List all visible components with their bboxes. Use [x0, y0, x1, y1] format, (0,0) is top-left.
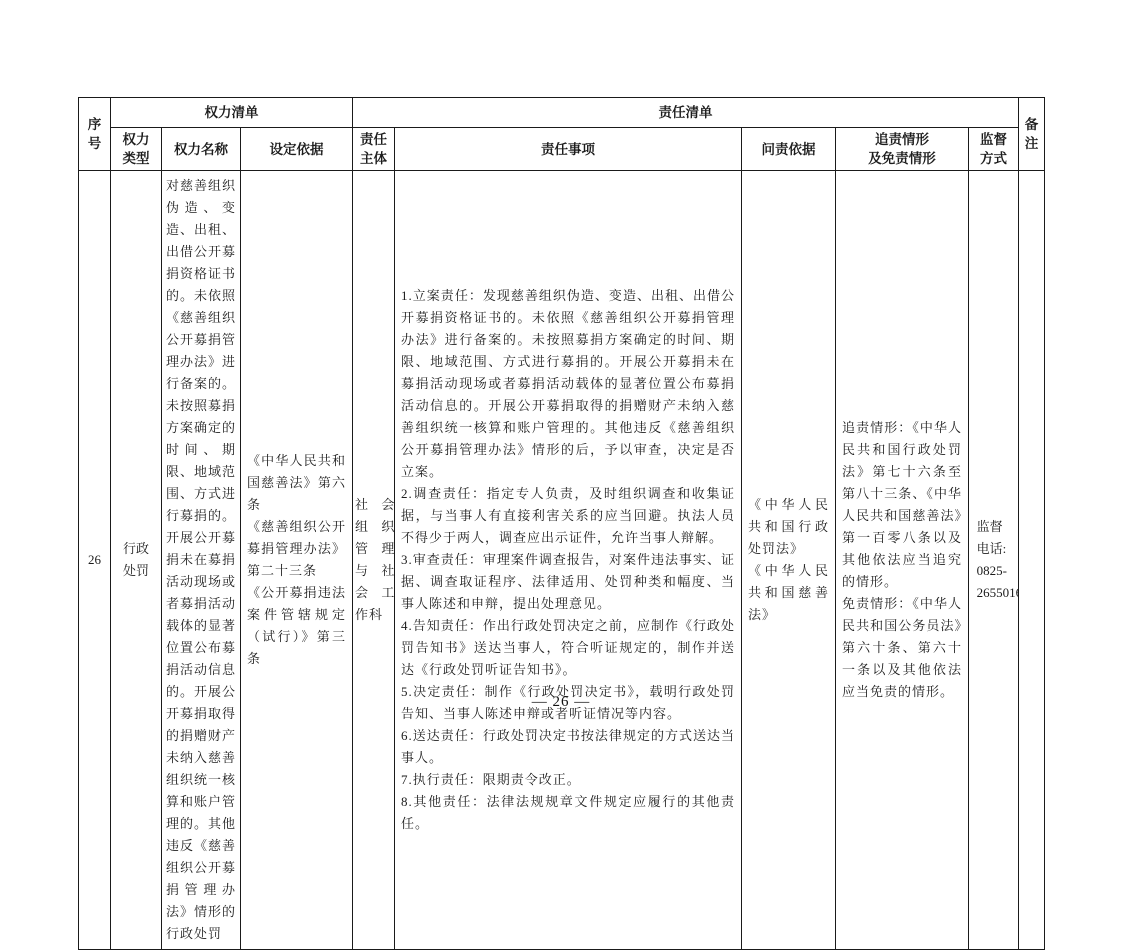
- power-type-value: 行政处罚: [122, 538, 149, 582]
- supervision-phone-number: 0825-: [977, 560, 1011, 582]
- cell-power-type: 行政处罚: [111, 171, 162, 950]
- responsibility-item: 2.调查责任：指定专人负责，及时组织调查和收集证据，与当事人有直接利害关系的应当…: [401, 483, 735, 549]
- responsibility-item: 6.送达责任：行政处罚决定书按法律规定的方式送达当事人。: [401, 725, 735, 769]
- header-power-list: 权力清单: [111, 98, 353, 128]
- header-pursuit-exemption: 追责情形 及免责情形: [836, 128, 969, 171]
- pursuit-situation-text: 追责情形：《中华人民共和国行政处罚法》第七十六条至第八十三条、《中华人民共和国慈…: [842, 417, 962, 593]
- cell-supervision-method: 监督电话: 0825- 2655016: [969, 171, 1019, 950]
- responsibility-item: 4.告知责任：作出行政处罚决定之前，应制作《行政处罚告知书》送达当事人，符合听证…: [401, 615, 735, 681]
- header-setting-basis-label: 设定依据: [270, 142, 324, 157]
- header-accountability-basis-label: 问责依据: [762, 142, 816, 157]
- cell-responsibility-matters: 1.立案责任：发现慈善组织伪造、变造、出租、出借公开募捐资格证书的。未依照《慈善…: [395, 171, 742, 950]
- header-responsible-entity-label: 责任主体: [359, 130, 387, 168]
- header-responsible-entity: 责任主体: [353, 128, 395, 171]
- setting-basis-item: 《公开募捐违法案件管辖规定（试行）》第三条: [247, 582, 346, 670]
- header-serial-label: 序号: [87, 115, 102, 153]
- header-pursuit-line2: 及免责情形: [838, 149, 966, 168]
- cell-setting-basis: 《中华人民共和国慈善法》第六条 《慈善组织公开募捐管理办法》第二十三条 《公开募…: [241, 171, 353, 950]
- power-name-text: 对慈善组织伪造、变造、出租、出借公开募捐资格证书的。未依照《慈善组织公开募捐管理…: [166, 175, 236, 945]
- header-serial: 序号: [79, 98, 111, 171]
- cell-power-name: 对慈善组织伪造、变造、出租、出借公开募捐资格证书的。未依照《慈善组织公开募捐管理…: [162, 171, 241, 950]
- header-row-2: 权力类型 权力名称 设定依据 责任主体 责任事项 问责依据 追责情形 及免责情形…: [79, 128, 1045, 171]
- header-accountability-basis: 问责依据: [742, 128, 836, 171]
- header-supervision-method: 监督方式: [969, 128, 1019, 171]
- header-responsibility-matters-label: 责任事项: [541, 142, 595, 157]
- header-responsibility-list-label: 责任清单: [659, 105, 713, 120]
- header-remarks: 备注: [1019, 98, 1045, 171]
- responsibility-item: 3.审查责任：审理案件调查报告，对案件违法事实、证据、调查取证程序、法律适用、处…: [401, 549, 735, 615]
- header-setting-basis: 设定依据: [241, 128, 353, 171]
- accountability-basis-item: 《中华人民共和国行政处罚法》: [748, 494, 829, 560]
- responsible-entity-value: 社会组织管理与社会工作科: [355, 494, 395, 626]
- header-pursuit-line1: 追责情形: [838, 130, 966, 149]
- page-number: — 26 —: [0, 694, 1122, 711]
- responsibility-item: 1.立案责任：发现慈善组织伪造、变造、出租、出借公开募捐资格证书的。未依照《慈善…: [401, 285, 735, 483]
- header-remarks-label: 备注: [1024, 115, 1039, 153]
- responsibility-item: 7.执行责任：限期责令改正。: [401, 769, 735, 791]
- supervision-phone-label: 监督电话:: [977, 516, 1011, 560]
- setting-basis-item: 《慈善组织公开募捐管理办法》第二十三条: [247, 516, 346, 582]
- supervision-phone-number: 2655016: [977, 582, 1011, 604]
- header-responsibility-matters: 责任事项: [395, 128, 742, 171]
- cell-remarks: [1019, 171, 1045, 950]
- setting-basis-item: 《中华人民共和国慈善法》第六条: [247, 450, 346, 516]
- cell-accountability-basis: 《中华人民共和国行政处罚法》 《中华人民共和国慈善法》: [742, 171, 836, 950]
- header-power-type-label: 权力类型: [122, 130, 150, 168]
- header-power-type: 权力类型: [111, 128, 162, 171]
- header-power-name-label: 权力名称: [174, 142, 228, 157]
- cell-pursuit-exemption: 追责情形：《中华人民共和国行政处罚法》第七十六条至第八十三条、《中华人民共和国慈…: [836, 171, 969, 950]
- table-row: 26 行政处罚 对慈善组织伪造、变造、出租、出借公开募捐资格证书的。未依照《慈善…: [79, 171, 1045, 950]
- exemption-situation-text: 免责情形：《中华人民共和国公务员法》第六十条、第六十一条以及其他依法应当免责的情…: [842, 593, 962, 703]
- cell-responsible-entity: 社会组织管理与社会工作科: [353, 171, 395, 950]
- header-row-1: 序号 权力清单 责任清单 备注: [79, 98, 1045, 128]
- accountability-basis-item: 《中华人民共和国慈善法》: [748, 560, 829, 626]
- header-power-list-label: 权力清单: [205, 105, 259, 120]
- serial-number: 26: [88, 552, 101, 567]
- header-power-name: 权力名称: [162, 128, 241, 171]
- header-supervision-method-label: 监督方式: [979, 130, 1007, 168]
- cell-serial: 26: [79, 171, 111, 950]
- responsibility-item: 8.其他责任：法律法规规章文件规定应履行的其他责任。: [401, 791, 735, 835]
- power-responsibility-table: 序号 权力清单 责任清单 备注 权力类型 权力名称 设定依据 责任主体 责任事项…: [78, 97, 1045, 950]
- header-responsibility-list: 责任清单: [353, 98, 1019, 128]
